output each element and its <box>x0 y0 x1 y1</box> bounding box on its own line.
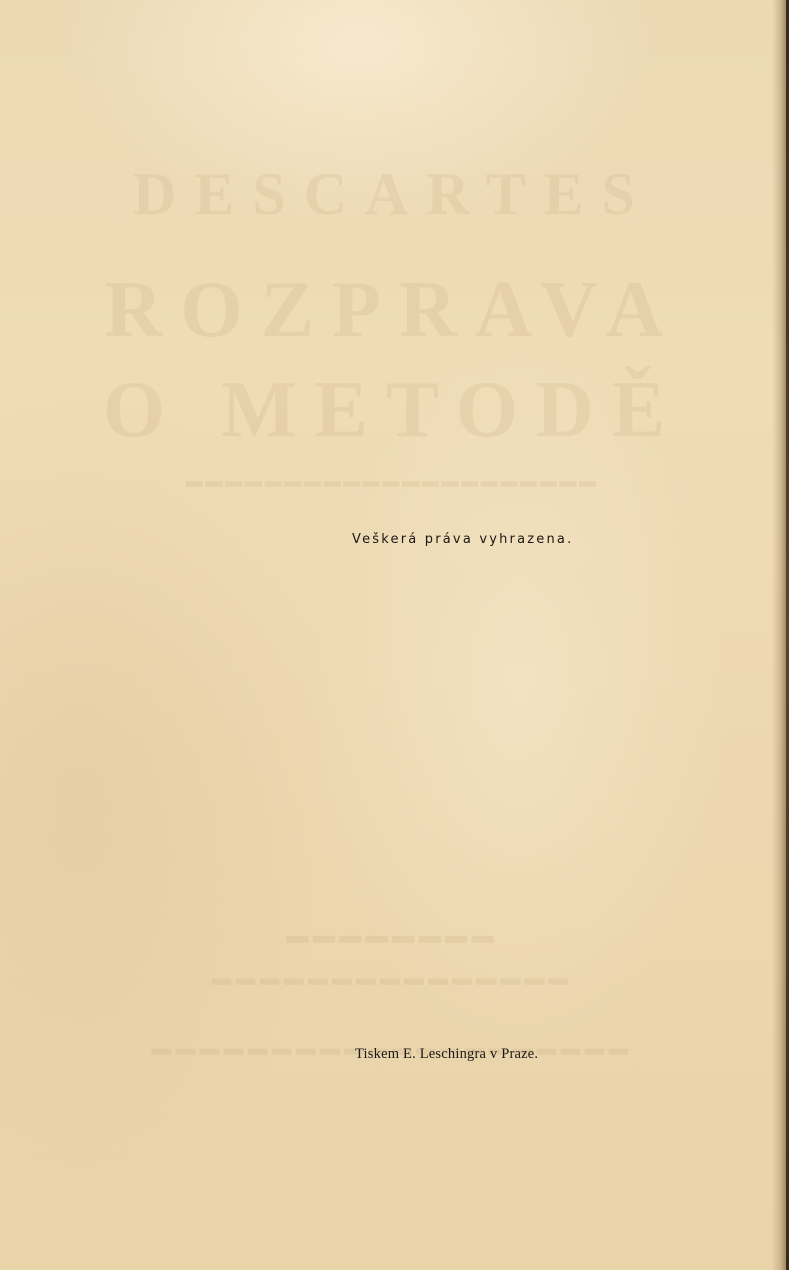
bleed-through-text: DESCARTES <box>0 160 786 229</box>
page-edge <box>786 0 789 1270</box>
printer-imprint: Tiskem E. Leschingra v Praze. <box>355 1046 538 1063</box>
book-page: DESCARTES ROZPRAVA O METODĚ ━━━━━━━━━━━━… <box>0 0 786 1270</box>
bleed-through-text: ROZPRAVA <box>0 265 786 356</box>
bleed-through-text: ━━━━━━━━━━━━━━━━━━━━━ <box>0 470 786 500</box>
bleed-through-text: O METODĚ <box>0 365 786 456</box>
page-edge-shadow <box>772 0 786 1270</box>
bleed-through-text: ━━━━━━━━ <box>0 920 786 960</box>
bleed-through-text: ━━━━━━━━━━━━━━━ <box>0 965 786 1000</box>
rights-reserved-notice: Veškerá práva vyhrazena. <box>352 532 573 547</box>
